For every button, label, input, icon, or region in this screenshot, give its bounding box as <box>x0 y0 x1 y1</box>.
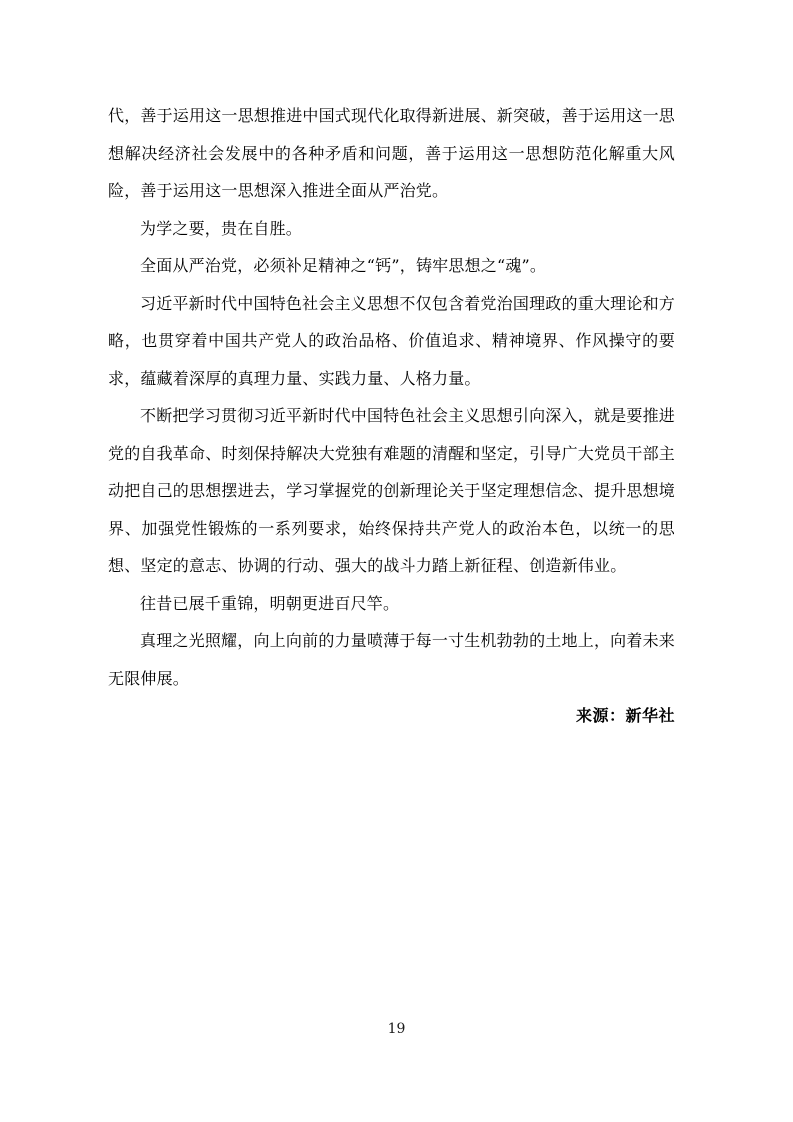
page-body: 代，善于运用这一思想推进中国式现代化取得新进展、新突破，善于运用这一思想解决经济… <box>108 97 675 735</box>
body-paragraph: 真理之光照耀，向上向前的力量喷薄于每一寸生机勃勃的土地上，向着未来无限伸展。 <box>108 622 675 697</box>
body-paragraph: 为学之要，贵在自胜。 <box>108 210 675 248</box>
body-paragraph: 不断把学习贯彻习近平新时代中国特色社会主义思想引向深入，就是要推进党的自我革命、… <box>108 397 675 585</box>
body-paragraph: 习近平新时代中国特色社会主义思想不仅包含着党治国理政的重大理论和方略，也贯穿着中… <box>108 285 675 398</box>
source-attribution: 来源：新华社 <box>108 697 675 735</box>
body-paragraph: 全面从严治党，必须补足精神之“钙”，铸牢思想之“魂”。 <box>108 247 675 285</box>
document-page: 代，善于运用这一思想推进中国式现代化取得新进展、新突破，善于运用这一思想解决经济… <box>0 0 793 1122</box>
body-paragraph-continuation: 代，善于运用这一思想推进中国式现代化取得新进展、新突破，善于运用这一思想解决经济… <box>108 97 675 210</box>
page-number: 19 <box>0 1021 793 1037</box>
body-paragraph: 往昔已展千重锦，明朝更进百尺竿。 <box>108 585 675 623</box>
